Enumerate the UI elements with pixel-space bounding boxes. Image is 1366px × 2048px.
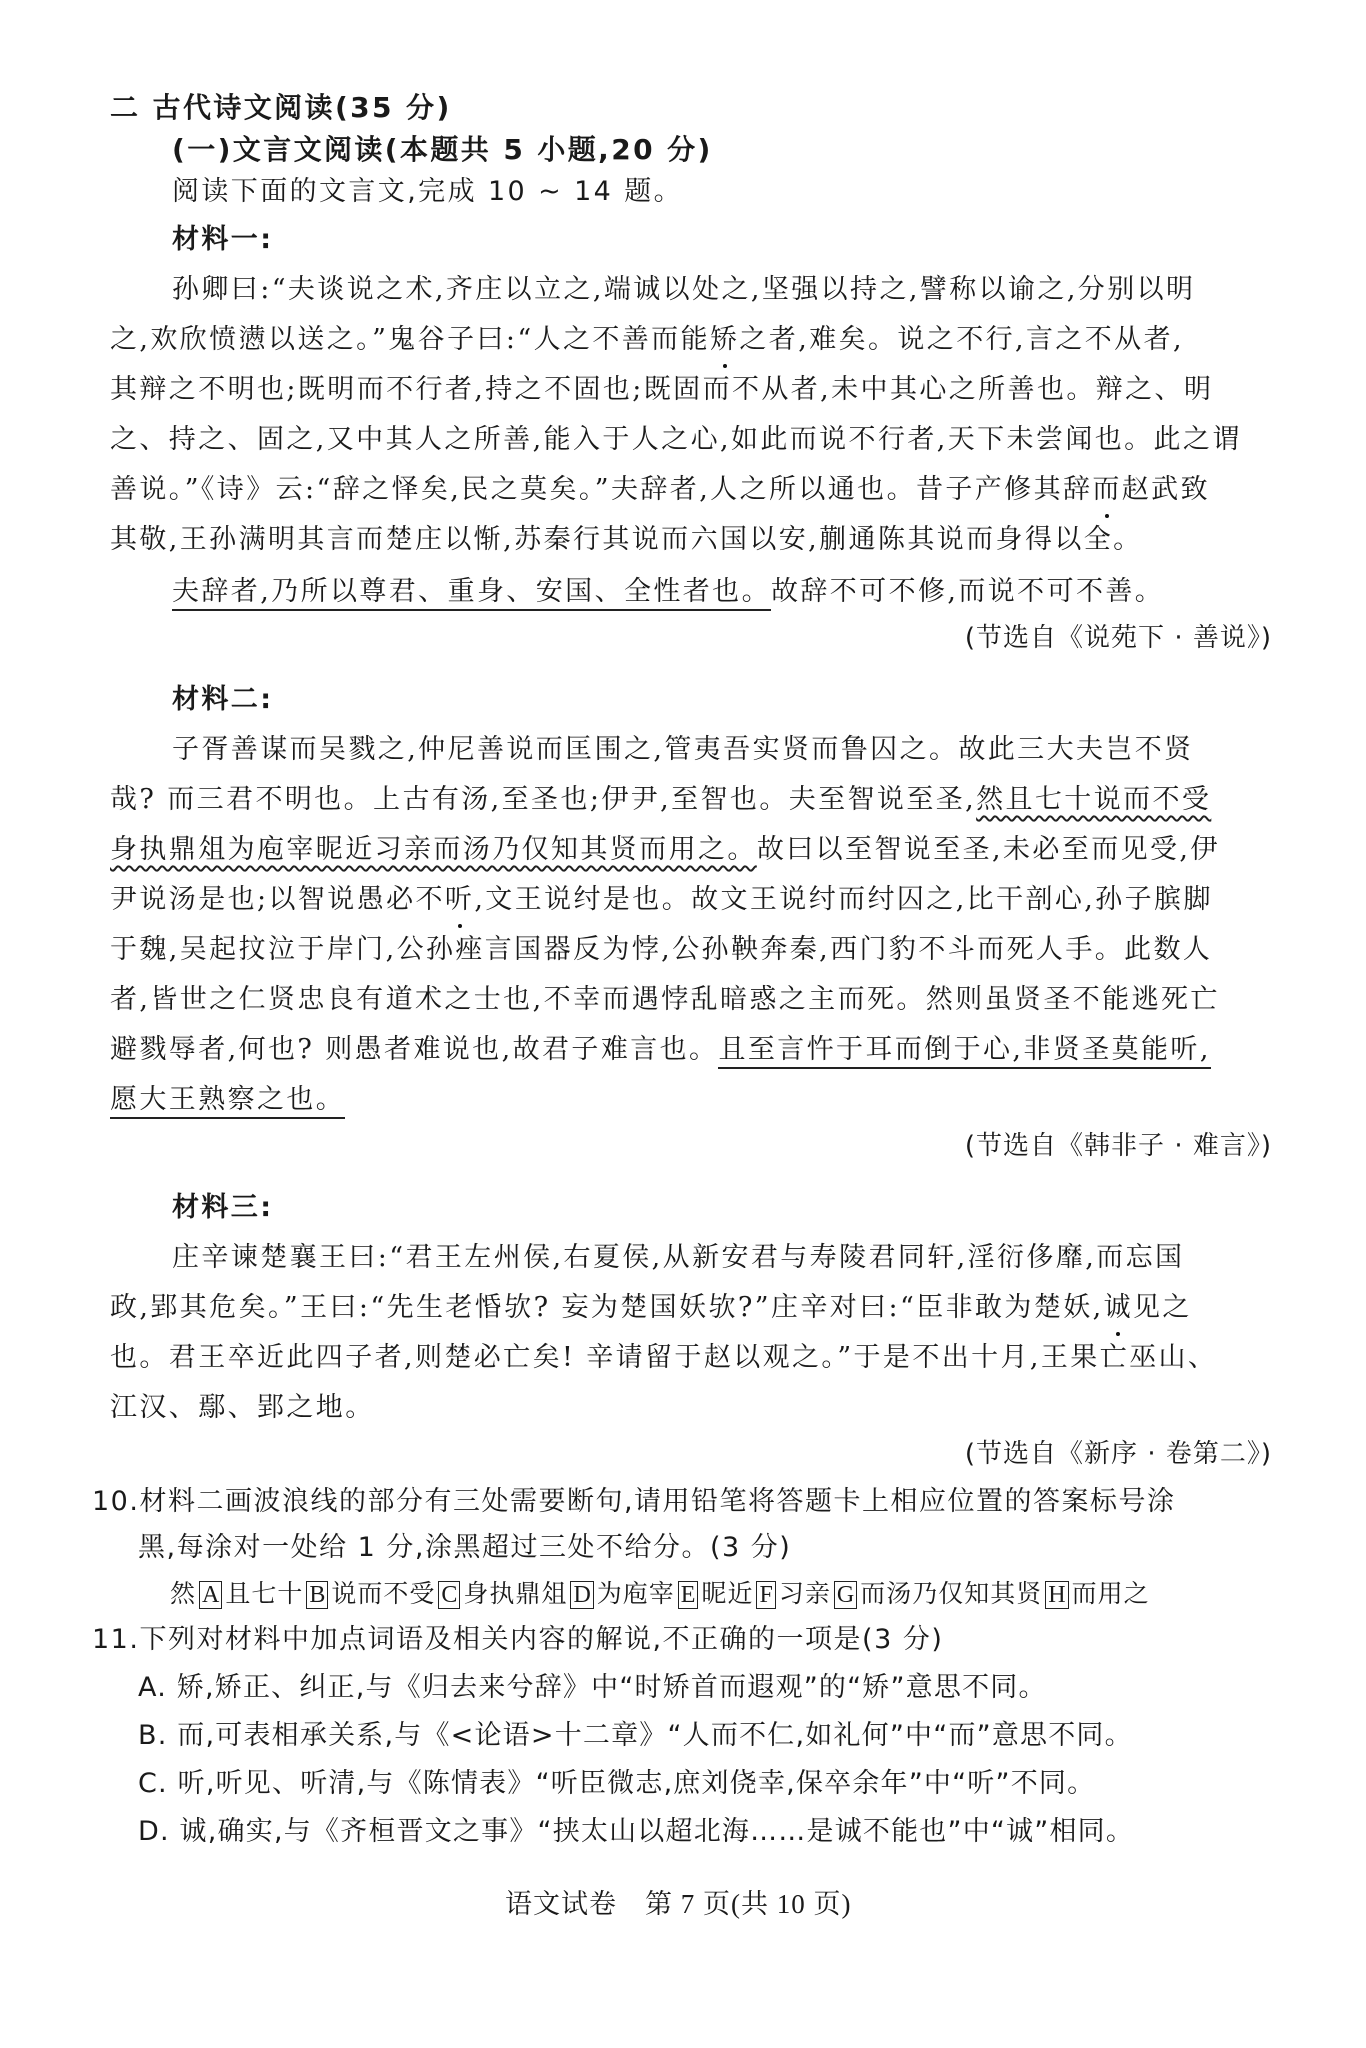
answer-box-g[interactable]: G [834, 1581, 857, 1609]
underlined-sentence: 夫辞者,乃所以尊君、重身、安国、全性者也。 [172, 576, 771, 611]
material1-label: 材料一: [172, 222, 273, 258]
material1-line-2: 之,欢欣愤懑以送之。”鬼谷子曰:“人之不善而能矫之者,难矣。说之不行,言之不从者… [110, 322, 1184, 358]
material2-line-4: 尹说汤是也;以智说愚必不听,文王说纣是也。故文王说纣而纣囚之,比干剖心,孙子膑脚 [110, 882, 1213, 918]
exam-page: 二 古代诗文阅读(35 分) (一)文言文阅读(本题共 5 小题,20 分) 阅… [0, 0, 1366, 2048]
page-footer: 语文试卷第 7 页(共 10 页) [505, 1886, 851, 1922]
question-10: 10.材料二画波浪线的部分有三处需要断句,请用铅笔将答题卡上相应位置的答案标号涂 [92, 1484, 1176, 1520]
material1-source: (节选自《说苑下 · 善说》) [965, 620, 1272, 656]
material1-line-7: 夫辞者,乃所以尊君、重身、安国、全性者也。故辞不可不修,而说不可不善。 [172, 574, 1164, 610]
option-b: B. 而,可表相承关系,与《<论语>十二章》“人而不仁,如礼何”中“而”意思不同… [138, 1718, 1133, 1754]
material2-line-3: 身执鼎俎为庖宰昵近习亲而汤乃仅知其贤而用之。故曰以至智说至圣,未必至而见受,伊 [110, 832, 1220, 868]
material1-line-4: 之、持之、固之,又中其人之所善,能入于人之心,如此而说不行者,天下未尝闻也。此之… [110, 422, 1242, 458]
question-11: 11.下列对材料中加点词语及相关内容的解说,不正确的一项是(3 分) [92, 1622, 943, 1658]
wavy-underline-segment: 然且七十说而不受 [976, 784, 1211, 815]
answer-box-c[interactable]: C [438, 1581, 460, 1609]
material3-source: (节选自《新序 · 卷第二》) [965, 1436, 1272, 1472]
material2-line-1: 子胥善谋而吴戮之,仲尼善说而匡围之,管夷吾实贤而鲁囚之。故此三大夫岂不贤 [172, 732, 1194, 768]
material2-line-6: 者,皆世之仁贤忠良有道术之士也,不幸而遇悖乱暗惑之主而死。然则虽贤圣不能逃死亡 [110, 982, 1220, 1018]
material1-line-1: 孙卿曰:“夫谈说之术,齐庄以立之,端诚以处之,坚强以持之,譬称以谕之,分别以明 [172, 272, 1195, 308]
material2-line-5: 于魏,吴起抆泣于岸门,公孙痤言国器反为悖,公孙鞅奔秦,西门豹不斗而死人手。此数人 [110, 932, 1212, 968]
answer-box-f[interactable]: F [756, 1581, 775, 1609]
emphasis-dot-cheng: 诚 [1104, 1290, 1133, 1326]
material1-line-6: 其敬,王孙满明其言而楚庄以惭,苏秦行其说而六国以安,蒯通陈其说而身得以全。 [110, 522, 1143, 558]
option-a: A. 矫,矫正、纠正,与《归去来兮辞》中“时矫首而遐观”的“矫”意思不同。 [138, 1670, 1047, 1706]
option-c: C. 听,听见、听清,与《陈情表》“听臣微志,庶刘侥幸,保卒余年”中“听”不同。 [138, 1766, 1095, 1802]
material3-line-1: 庄辛谏楚襄王曰:“君王左州侯,右夏侯,从新安君与寿陵君同轩,淫衍侈靡,而忘国 [172, 1240, 1184, 1276]
footer-page-number: 第 7 页(共 10 页) [645, 1889, 851, 1919]
material2-line-2: 哉? 而三君不明也。上古有汤,至圣也;伊尹,至智也。夫至智说至圣,然且七十说而不… [110, 782, 1211, 818]
section-instruction: 阅读下面的文言文,完成 10 ~ 14 题。 [172, 174, 683, 210]
section-title: 二 古代诗文阅读(35 分) [110, 90, 452, 126]
material2-line-8: 愿大王熟察之也。 [110, 1082, 345, 1118]
material3-line-3: 也。君王卒近此四子者,则楚必亡矣! 辛请留于赵以观之。”于是不出十月,王果亡巫山… [110, 1340, 1217, 1376]
material2-line-7: 避戮辱者,何也? 则愚者难说也,故君子难言也。且至言忤于耳而倒于心,非贤圣莫能听… [110, 1032, 1211, 1068]
material2-source: (节选自《韩非子 · 难言》) [965, 1128, 1272, 1164]
answer-box-e[interactable]: E [678, 1581, 699, 1609]
material3-label: 材料三: [172, 1190, 273, 1226]
answer-box-b[interactable]: B [306, 1581, 328, 1609]
material2-label: 材料二: [172, 682, 273, 718]
emphasis-dot-er: 而 [1092, 472, 1121, 508]
material3-line-4: 江汉、鄢、郢之地。 [110, 1390, 375, 1426]
answer-box-h[interactable]: H [1045, 1581, 1068, 1609]
answer-box-a[interactable]: A [199, 1581, 222, 1609]
material1-line-5: 善说。”《诗》云:“辞之怿矣,民之莫矣。”夫辞者,人之所以通也。昔子产修其辞而赵… [110, 472, 1210, 508]
material1-line-3: 其辩之不明也;既明而不行者,持之不固也;既固而不从者,未中其心之所善也。辩之、明 [110, 372, 1213, 408]
material3-line-2: 政,郢其危矣。”王曰:“先生老惛欤? 妄为楚国妖欤?”庄辛对曰:“臣非敢为楚妖,… [110, 1290, 1192, 1326]
section-subtitle: (一)文言文阅读(本题共 5 小题,20 分) [172, 132, 713, 168]
question-10-line-2: 黑,每涂对一处给 1 分,涂黑超过三处不给分。(3 分) [138, 1530, 791, 1566]
emphasis-dot-ting: 听 [445, 882, 474, 918]
option-d: D. 诚,确实,与《齐桓晋文之事》“挟太山以超北海……是诚不能也”中“诚”相同。 [138, 1814, 1134, 1850]
emphasis-dot-jiao: 矫 [710, 322, 739, 358]
underlined-sentence: 且至言忤于耳而倒于心,非贤圣莫能听, [718, 1034, 1210, 1069]
footer-subject: 语文试卷 [505, 1889, 617, 1919]
wavy-underline-segment: 身执鼎俎为庖宰昵近习亲而汤乃仅知其贤而用之。 [110, 834, 757, 865]
question-10-segments: 然A且七十B说而不受C身执鼎俎D为庖宰E昵近F习亲G而汤乃仅知其贤H而用之 [170, 1576, 1150, 1612]
underlined-sentence: 愿大王熟察之也。 [110, 1084, 345, 1119]
answer-box-d[interactable]: D [570, 1581, 593, 1609]
